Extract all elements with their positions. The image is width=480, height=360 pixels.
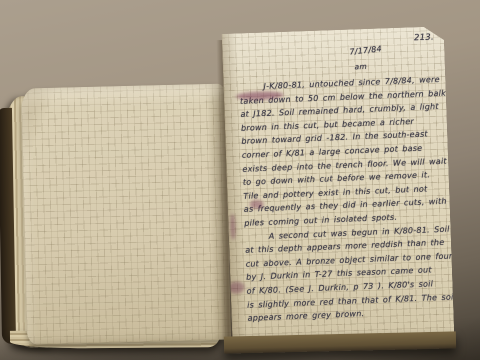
left-blank-page xyxy=(21,84,231,345)
entry-date: 7/17/84 xyxy=(349,44,382,56)
ink-smudge xyxy=(230,214,236,240)
page-number: 213. xyxy=(414,33,434,44)
entry-time-of-day: am xyxy=(354,62,367,71)
right-written-page: 213. 7/17/84 am J-K/80-81, untouched sin… xyxy=(222,26,455,342)
notebook-photo: Safilm 17 213. 7/17/84 am J-K/80-81, unt… xyxy=(0,0,480,360)
ink-smudge xyxy=(228,281,244,294)
handwritten-entry: J-K/80-81, untouched since 7/8/84, were … xyxy=(239,73,447,325)
